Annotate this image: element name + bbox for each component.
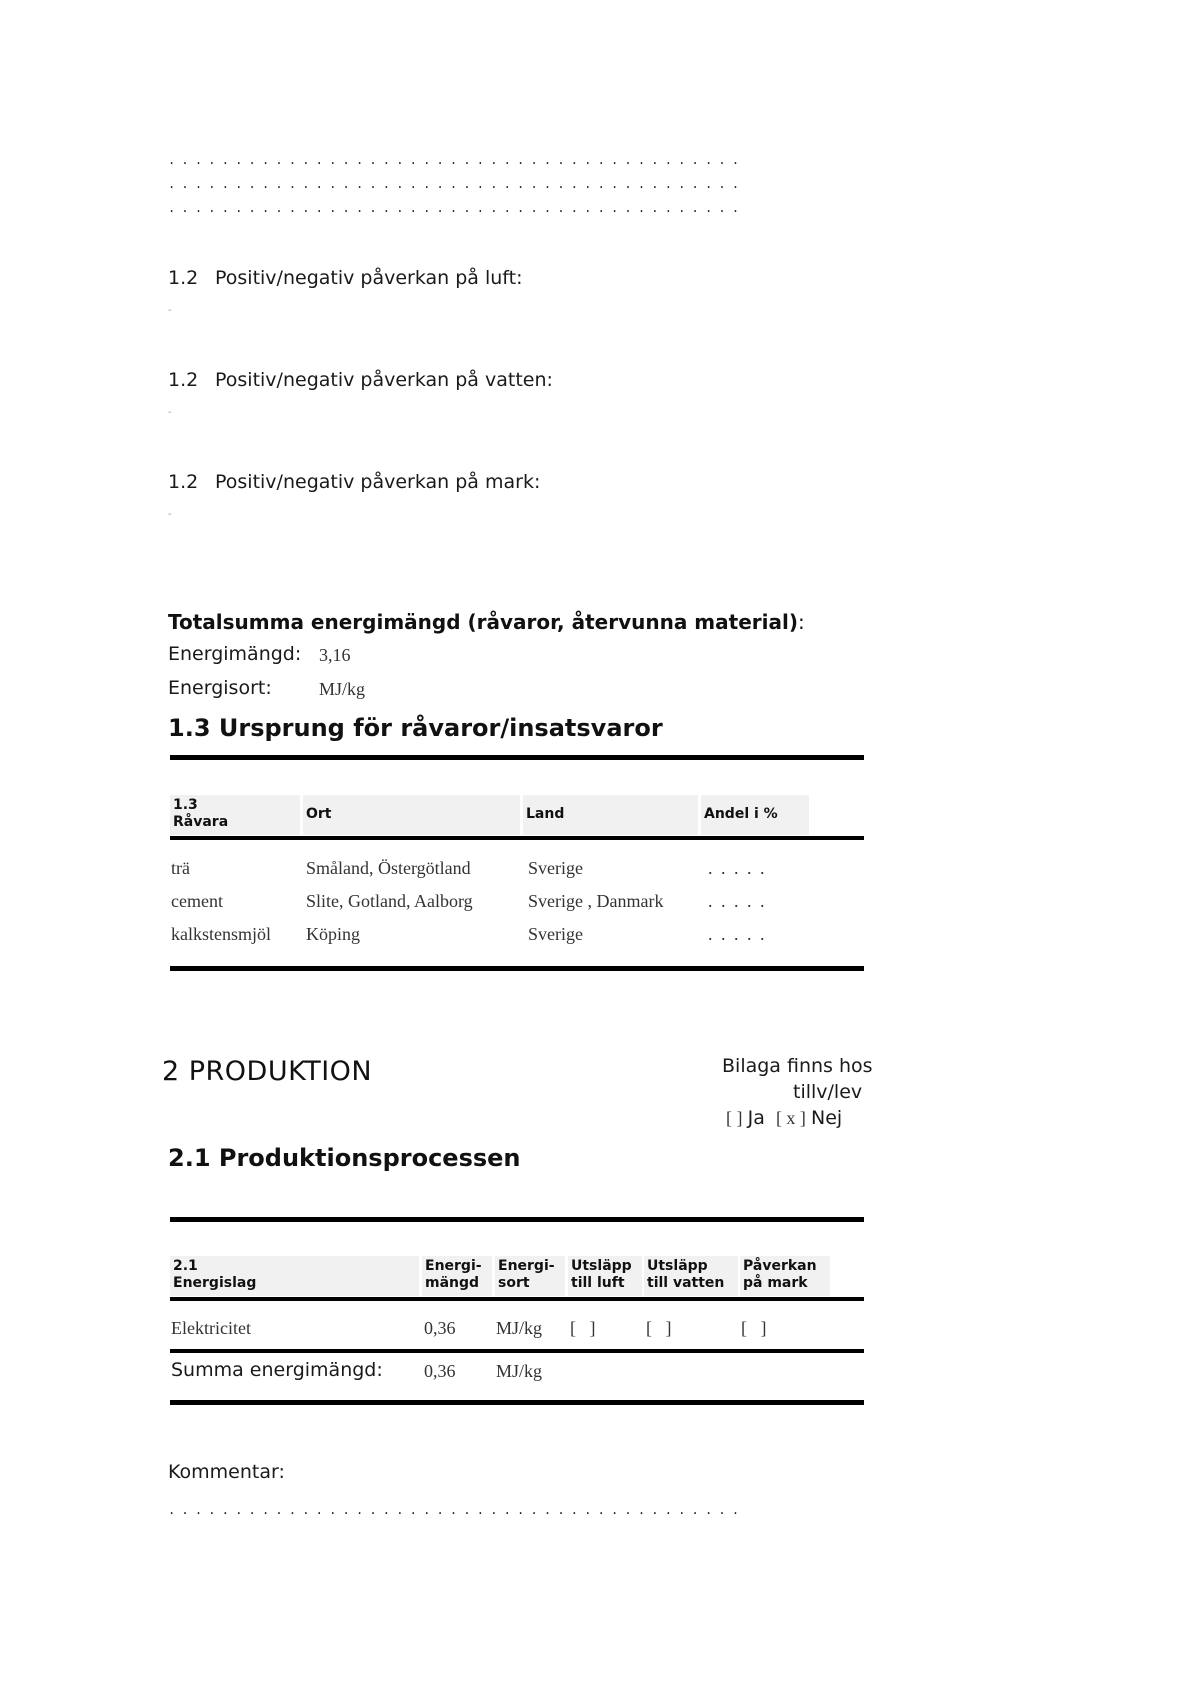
attachment-no-checkbox[interactable]: [ x ]: [776, 1108, 806, 1128]
origin-row-1-ort: Småland, Östergötland: [306, 858, 471, 879]
dotted-line-2: ........................................…: [168, 177, 745, 191]
total-energy-title: Totalsumma energimängd (råvaror, återvun…: [168, 610, 798, 634]
process-col-luft-l1: Utsläpp: [571, 1258, 639, 1275]
dotted-line-1: ........................................…: [168, 153, 745, 167]
origin-row-1-land: Sverige: [528, 858, 583, 879]
process-col-mark: Påverkan på mark: [740, 1256, 830, 1296]
process-col-vatten-l1: Utsläpp: [647, 1258, 735, 1275]
origin-row-2-ravara: cement: [171, 891, 223, 912]
process-sum-label: Summa energimängd:: [171, 1359, 383, 1381]
origin-table-header: 1.3 Råvara Ort Land Andel i %: [170, 795, 864, 835]
section-2-1-title: 2.1 Produktionsprocessen: [168, 1144, 521, 1172]
impact-air-value: -: [168, 305, 172, 316]
process-col-sort-l2: sort: [498, 1275, 562, 1292]
process-row-luft-checkbox[interactable]: [ ]: [570, 1318, 596, 1339]
origin-row-3-ravara: kalkstensmjöl: [171, 924, 271, 945]
section-1-3-title: 1.3 Ursprung för råvaror/insatsvaror: [168, 714, 663, 742]
process-header-rule: [170, 1297, 864, 1301]
section-1-3-rule: [170, 755, 864, 760]
process-row-energislag: Elektricitet: [171, 1318, 251, 1339]
origin-col-ravara-label: Råvara: [173, 814, 297, 831]
attachment-options: [ ] Ja [ x ] Nej: [726, 1107, 842, 1129]
energy-amount-value: 3,16: [319, 645, 351, 666]
process-col-number: 2.1: [173, 1258, 416, 1275]
attachment-yes-checkbox[interactable]: [ ]: [726, 1108, 743, 1128]
process-row-vatten-checkbox[interactable]: [ ]: [646, 1318, 672, 1339]
impact-water-label: Positiv/negativ påverkan på vatten:: [215, 369, 553, 391]
origin-table-bottom-rule: [170, 966, 864, 971]
section-2-1-rule: [170, 1217, 864, 1222]
process-sum-value: 0,36: [424, 1361, 456, 1382]
energy-type-label: Energisort:: [168, 677, 272, 699]
origin-row-3-andel: . . . . .: [708, 924, 767, 945]
process-col-luft: Utsläpp till luft: [568, 1256, 642, 1296]
process-col-mangd: Energi- mängd: [422, 1256, 492, 1296]
origin-col-land: Land: [523, 795, 698, 835]
impact-water-number: 1.2: [168, 369, 215, 391]
process-sum-unit: MJ/kg: [496, 1361, 542, 1382]
process-col-energislag-label: Energislag: [173, 1275, 416, 1292]
total-energy-colon: :: [798, 610, 805, 634]
origin-row-3-land: Sverige: [528, 924, 583, 945]
energy-amount-label: Energimängd:: [168, 643, 301, 665]
origin-row-2-land: Sverige , Danmark: [528, 891, 663, 912]
origin-col-andel: Andel i %: [701, 795, 809, 835]
process-row-sort: MJ/kg: [496, 1318, 542, 1339]
origin-row-1-andel: . . . . .: [708, 858, 767, 879]
impact-land-label: Positiv/negativ påverkan på mark:: [215, 471, 540, 493]
process-col-energislag: 2.1 Energislag: [170, 1256, 419, 1296]
process-row-mangd: 0,36: [424, 1318, 456, 1339]
impact-land-number: 1.2: [168, 471, 215, 493]
impact-water-value: -: [168, 407, 172, 418]
section-2-title: 2 PRODUKTION: [162, 1056, 372, 1087]
dotted-line-3: ........................................…: [168, 201, 745, 215]
origin-col-number: 1.3: [173, 797, 297, 814]
impact-land-question: 1.2Positiv/negativ påverkan på mark:: [168, 471, 540, 493]
origin-row-2-andel: . . . . .: [708, 891, 767, 912]
impact-air-question: 1.2Positiv/negativ påverkan på luft:: [168, 267, 523, 289]
process-col-luft-l2: till luft: [571, 1275, 639, 1292]
energy-type-value: MJ/kg: [319, 679, 365, 700]
origin-col-ravara: 1.3 Råvara: [170, 795, 300, 835]
impact-air-number: 1.2: [168, 267, 215, 289]
energy-type-row: Energisort:: [168, 677, 272, 699]
origin-row-2-ort: Slite, Gotland, Aalborg: [306, 891, 473, 912]
process-row-mark-checkbox[interactable]: [ ]: [741, 1318, 767, 1339]
origin-col-ort: Ort: [303, 795, 520, 835]
origin-row-3-ort: Köping: [306, 924, 360, 945]
attachment-line-2: tillv/lev: [793, 1081, 862, 1103]
energy-amount-row: Energimängd:: [168, 643, 301, 665]
comment-label: Kommentar:: [168, 1461, 285, 1483]
comment-dotted-line[interactable]: ........................................…: [168, 1503, 745, 1517]
process-col-vatten-l2: till vatten: [647, 1275, 735, 1292]
origin-row-1-ravara: trä: [171, 858, 190, 879]
attachment-yes-label: Ja: [748, 1107, 765, 1129]
attachment-line-1: Bilaga finns hos: [722, 1055, 873, 1077]
impact-land-value: -: [168, 509, 172, 520]
process-table-header: 2.1 Energislag Energi- mängd Energi- sor…: [170, 1256, 864, 1296]
process-col-vatten: Utsläpp till vatten: [644, 1256, 738, 1296]
process-col-mangd-l2: mängd: [425, 1275, 489, 1292]
process-col-mark-l2: på mark: [743, 1275, 827, 1292]
impact-air-label: Positiv/negativ påverkan på luft:: [215, 267, 523, 289]
origin-header-rule: [170, 836, 864, 840]
process-col-mark-l1: Påverkan: [743, 1258, 827, 1275]
attachment-no-label: Nej: [811, 1107, 842, 1129]
process-col-mangd-l1: Energi-: [425, 1258, 489, 1275]
total-energy-heading: Totalsumma energimängd (råvaror, återvun…: [168, 610, 805, 634]
impact-water-question: 1.2Positiv/negativ påverkan på vatten:: [168, 369, 553, 391]
process-col-sort: Energi- sort: [495, 1256, 565, 1296]
process-col-sort-l1: Energi-: [498, 1258, 562, 1275]
process-row-rule: [170, 1349, 864, 1353]
process-table-bottom-rule: [170, 1400, 864, 1405]
